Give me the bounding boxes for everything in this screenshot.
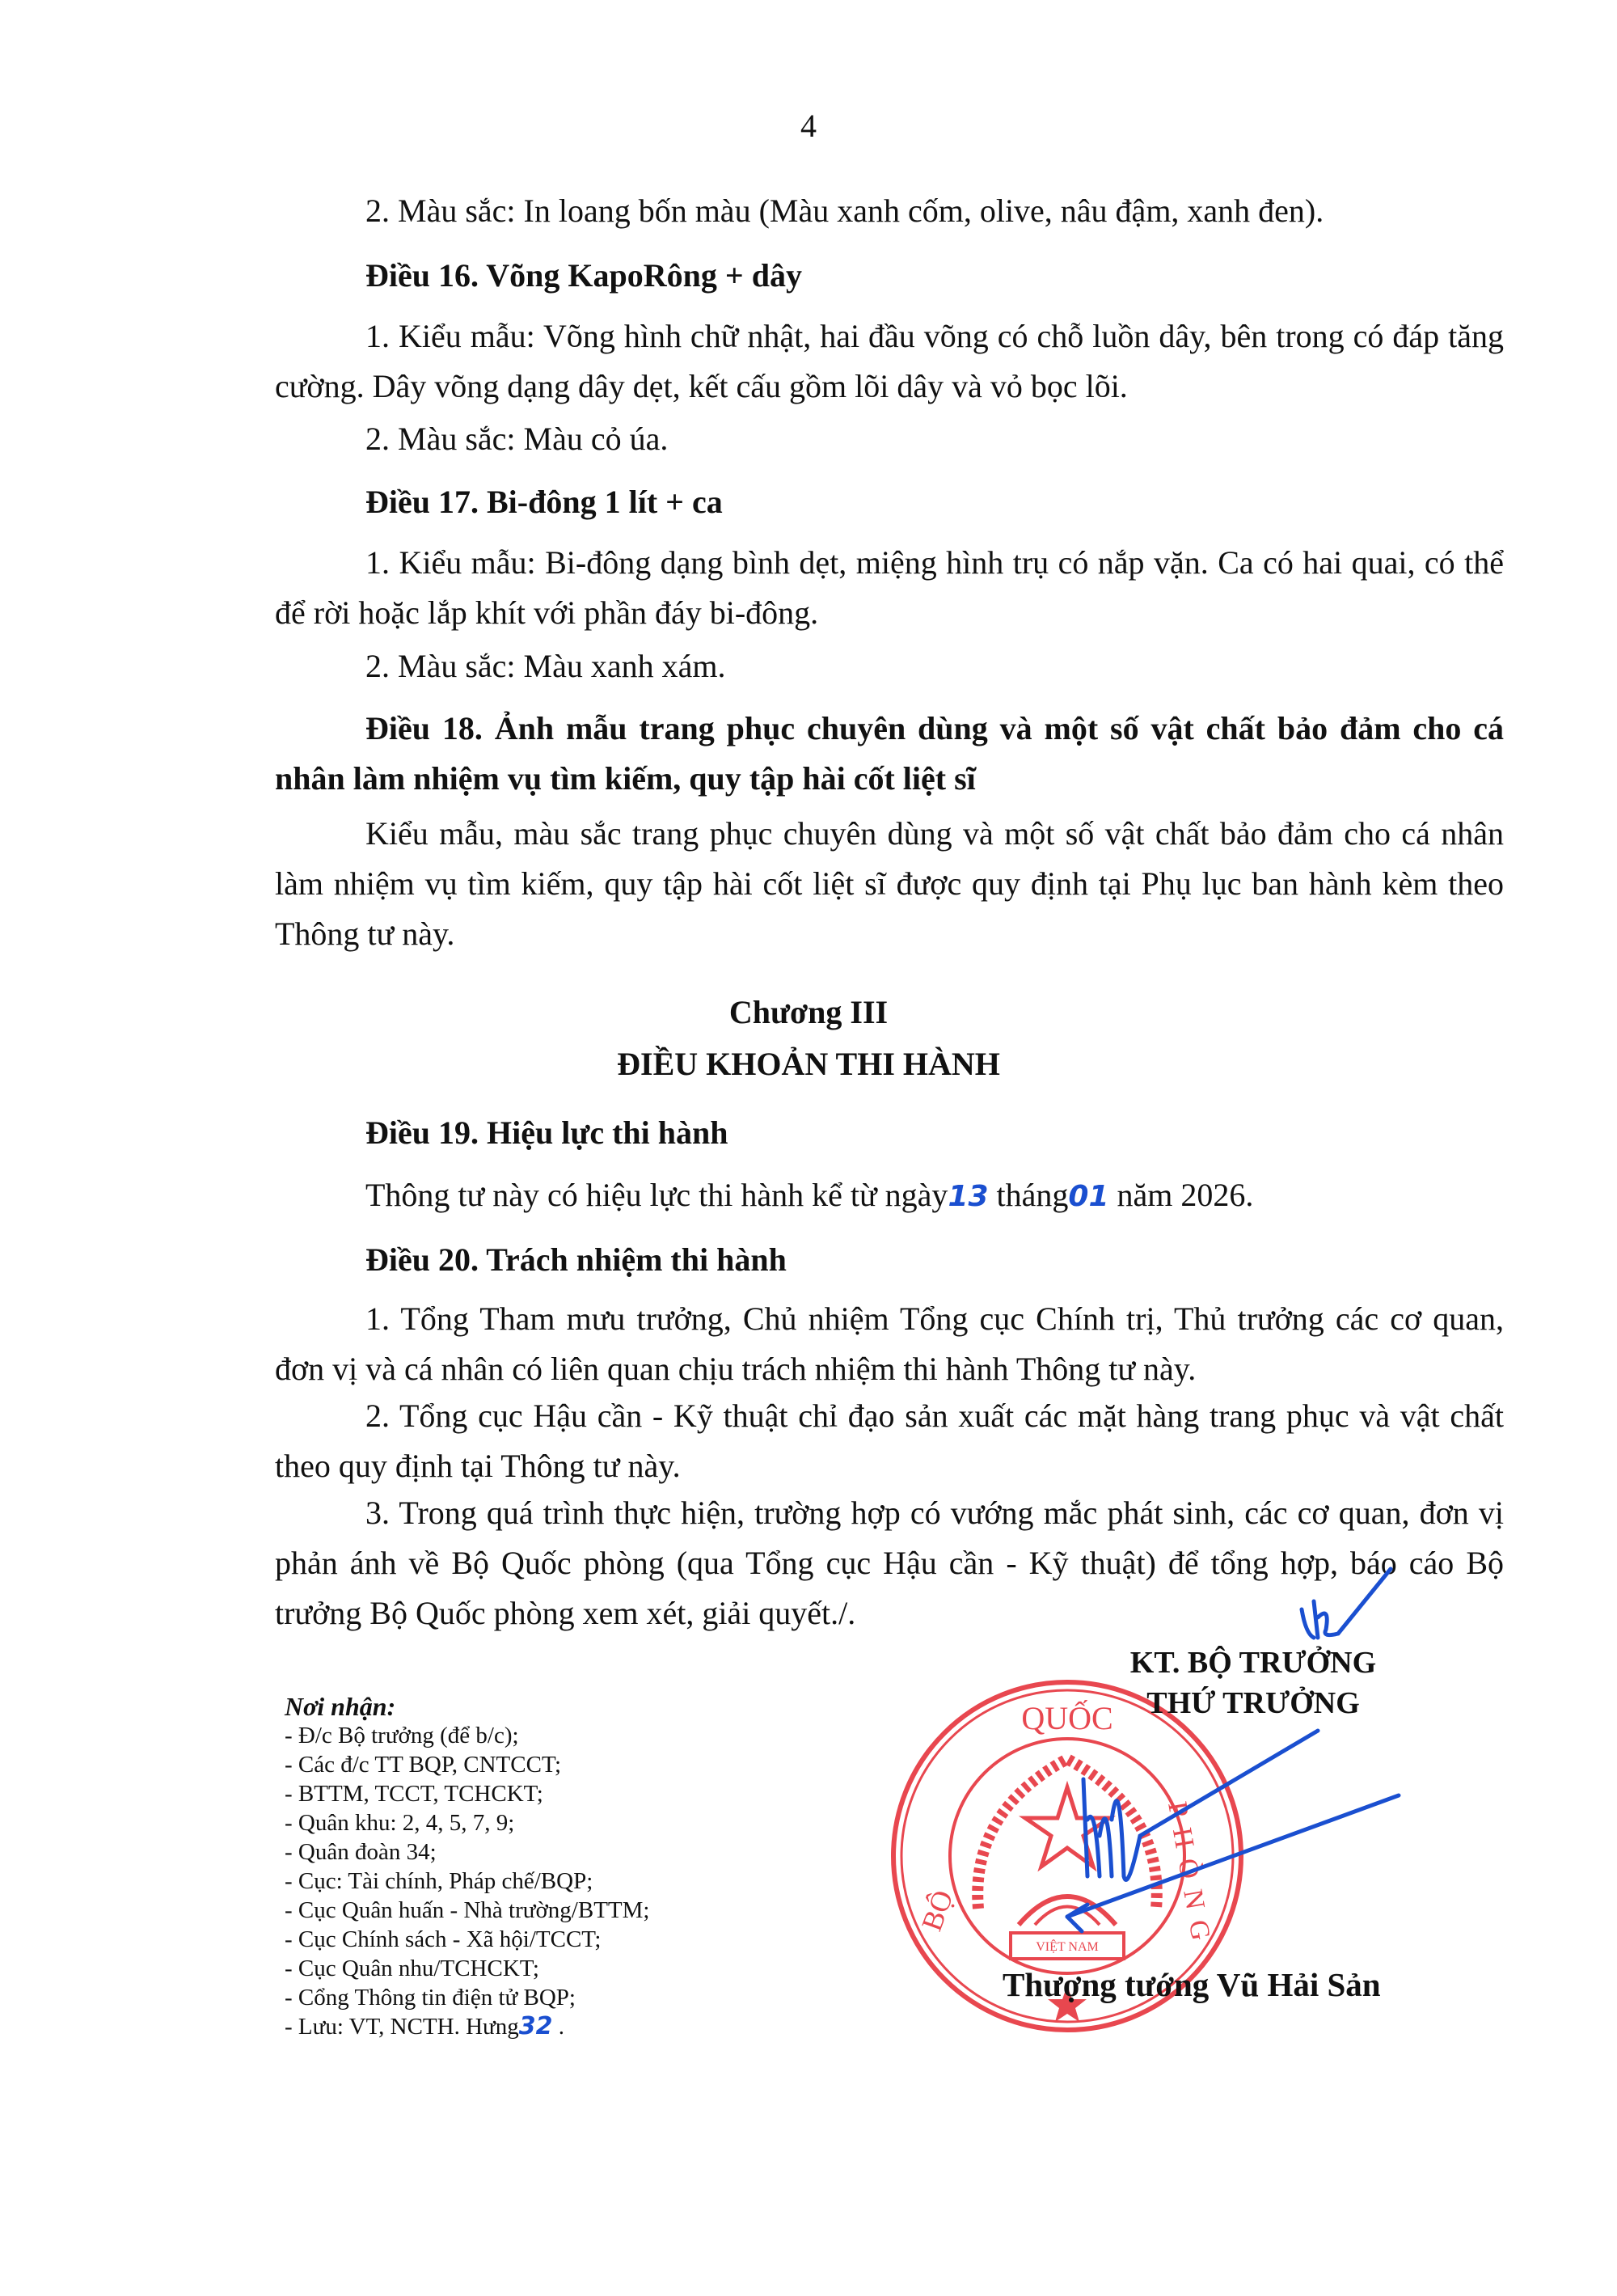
handwritten-day: 13 [948,1180,988,1213]
chapter-label: Chương III [0,993,1617,1031]
handwritten-signature [1051,1715,1407,1989]
article-15-color: 2. Màu sắc: In loang bốn màu (Màu xanh c… [275,186,1504,236]
handwritten-month: 01 [1068,1180,1108,1213]
article-18-body: Kiểu mẫu, màu sắc trang phục chuyên dùng… [275,809,1504,959]
article-20-clause-1: 1. Tổng Tham mưu trưởng, Chủ nhiệm Tổng … [275,1294,1504,1394]
month-label: tháng [997,1177,1069,1213]
article-16-clause-2: 2. Màu sắc: Màu cỏ úa. [275,414,1504,464]
article-17-clause-2: 2. Màu sắc: Màu xanh xám. [275,641,1504,691]
recipient-item: - Cục Chính sách - Xã hội/TCCT; [285,1925,649,1954]
chapter-title: ĐIỀU KHOẢN THI HÀNH [0,1045,1617,1083]
article-17-clause-1: 1. Kiểu mẫu: Bi-đông dạng bình dẹt, miện… [275,538,1504,638]
recipient-item: - Cục: Tài chính, Pháp chế/BQP; [285,1867,649,1896]
handwritten-copies: 32 [519,2012,553,2040]
recipient-item: - Cục Quân nhu/TCHCKT; [285,1954,649,1983]
recipient-item: - Cục Quân huấn - Nhà trường/BTTM; [285,1896,649,1925]
recipient-item: - BTTM, TCCT, TCHCKT; [285,1779,649,1808]
archive-suffix: . [552,2014,564,2040]
recipient-archive: - Lưu: VT, NCTH. Hưng32 . [285,2012,649,2041]
article-16-clause-1: 1. Kiểu mẫu: Võng hình chữ nhật, hai đầu… [275,311,1504,412]
page-number: 4 [0,107,1617,145]
archive-label: - Lưu: VT, NCTH. Hưng [285,2014,519,2040]
article-18-heading: Điều 18. Ảnh mẫu trang phục chuyên dùng … [275,704,1504,804]
recipient-item: - Các đ/c TT BQP, CNTCCT; [285,1750,649,1779]
seal-text-left: BỘ [915,1886,960,1935]
recipient-item: - Quân đoàn 34; [285,1837,649,1867]
effective-date-prefix: Thông tư này có hiệu lực thi hành kể từ … [365,1177,948,1213]
article-19-heading: Điều 19. Hiệu lực thi hành [365,1108,728,1158]
recipients-list: Nơi nhận: - Đ/c Bộ trưởng (để b/c);- Các… [285,1692,649,2041]
article-16-heading: Điều 16. Võng KapoRông + dây [365,251,802,301]
recipients-title: Nơi nhận: [285,1692,649,1721]
recipient-item: - Cổng Thông tin điện tử BQP; [285,1983,649,2012]
recipients-items: - Đ/c Bộ trưởng (để b/c);- Các đ/c TT BQ… [285,1721,649,2012]
article-17-heading: Điều 17. Bi-đông 1 lít + ca [365,477,723,527]
handwritten-initial [1294,1561,1407,1650]
article-19-body: Thông tư này có hiệu lực thi hành kể từ … [275,1170,1504,1222]
effective-date-suffix: năm 2026. [1117,1177,1254,1213]
article-20-heading: Điều 20. Trách nhiệm thi hành [365,1235,787,1285]
article-20-clause-2: 2. Tổng cục Hậu cần - Kỹ thuật chỉ đạo s… [275,1391,1504,1491]
recipient-item: - Quân khu: 2, 4, 5, 7, 9; [285,1808,649,1837]
recipient-item: - Đ/c Bộ trưởng (để b/c); [285,1721,649,1750]
signature-title-line-1: KT. BỘ TRƯỞNG [1067,1642,1439,1684]
